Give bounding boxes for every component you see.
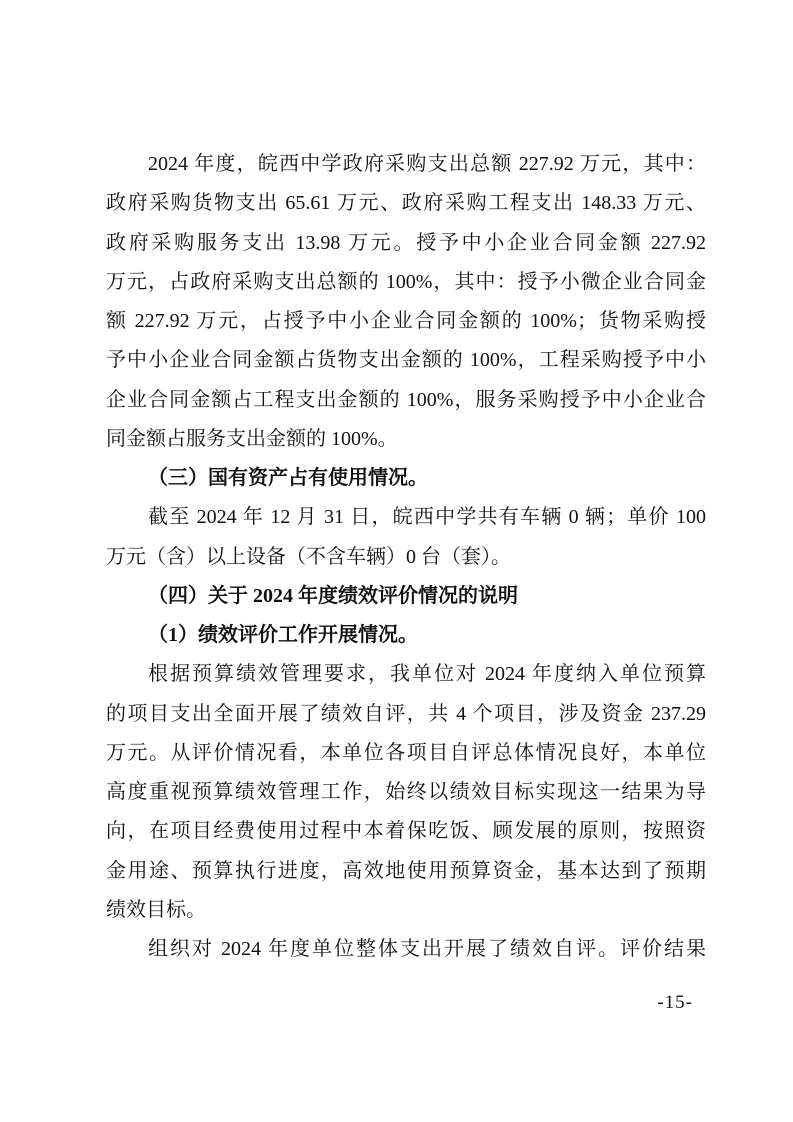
- performance-self-evaluation-paragraph-line-7: 绩效目标。: [106, 891, 706, 930]
- performance-self-evaluation-paragraph-line-2: 的项目支出全面开展了绩效自评，共 4 个项目，涉及资金 237.29: [106, 695, 706, 734]
- section-4-heading-line-1: （四）关于 2024 年度绩效评价情况的说明: [106, 577, 706, 616]
- overall-expenditure-evaluation-paragraph-line-1: 组织对 2024 年度单位整体支出开展了绩效自评。评价结果: [106, 930, 706, 969]
- procurement-summary-paragraph-line-8: 同金额占服务支出金额的 100%。: [106, 420, 706, 459]
- performance-self-evaluation-paragraph-line-4: 高度重视预算绩效管理工作，始终以绩效目标实现这一结果为导: [106, 773, 706, 812]
- assets-usage-paragraph-line-1: 截至 2024 年 12 月 31 日，皖西中学共有车辆 0 辆；单价 100: [106, 498, 706, 537]
- document-page: 2024 年度，皖西中学政府采购支出总额 227.92 万元，其中：政府采购货物…: [0, 0, 793, 1122]
- performance-self-evaluation-paragraph-line-6: 金用途、预算执行进度，高效地使用预算资金，基本达到了预期: [106, 852, 706, 891]
- procurement-summary-paragraph-line-2: 政府采购货物支出 65.61 万元、政府采购工程支出 148.33 万元、: [106, 184, 706, 223]
- procurement-summary-paragraph-line-5: 额 227.92 万元，占授予中小企业合同金额的 100%；货物采购授: [106, 302, 706, 341]
- assets-usage-paragraph-line-2: 万元（含）以上设备（不含车辆）0 台（套）。: [106, 538, 706, 577]
- section-3-heading-line-1: （三）国有资产占有使用情况。: [106, 459, 706, 498]
- procurement-summary-paragraph-line-4: 万元，占政府采购支出总额的 100%，其中：授予小微企业合同金: [106, 263, 706, 302]
- subsection-1-heading-line-1: （1）绩效评价工作开展情况。: [106, 616, 706, 655]
- page-number: -15-: [657, 992, 693, 1014]
- performance-self-evaluation-paragraph-line-1: 根据预算绩效管理要求，我单位对 2024 年度纳入单位预算: [106, 655, 706, 694]
- performance-self-evaluation-paragraph-line-3: 万元。从评价情况看，本单位各项目自评总体情况良好，本单位: [106, 734, 706, 773]
- document-body: 2024 年度，皖西中学政府采购支出总额 227.92 万元，其中：政府采购货物…: [106, 145, 706, 969]
- performance-self-evaluation-paragraph-line-5: 向，在项目经费使用过程中本着保吃饭、顾发展的原则，按照资: [106, 812, 706, 851]
- procurement-summary-paragraph-line-6: 予中小企业合同金额占货物支出金额的 100%，工程采购授予中小: [106, 341, 706, 380]
- procurement-summary-paragraph-line-1: 2024 年度，皖西中学政府采购支出总额 227.92 万元，其中：: [106, 145, 706, 184]
- procurement-summary-paragraph-line-7: 企业合同金额占工程支出金额的 100%，服务采购授予中小企业合: [106, 381, 706, 420]
- procurement-summary-paragraph-line-3: 政府采购服务支出 13.98 万元。授予中小企业合同金额 227.92: [106, 224, 706, 263]
